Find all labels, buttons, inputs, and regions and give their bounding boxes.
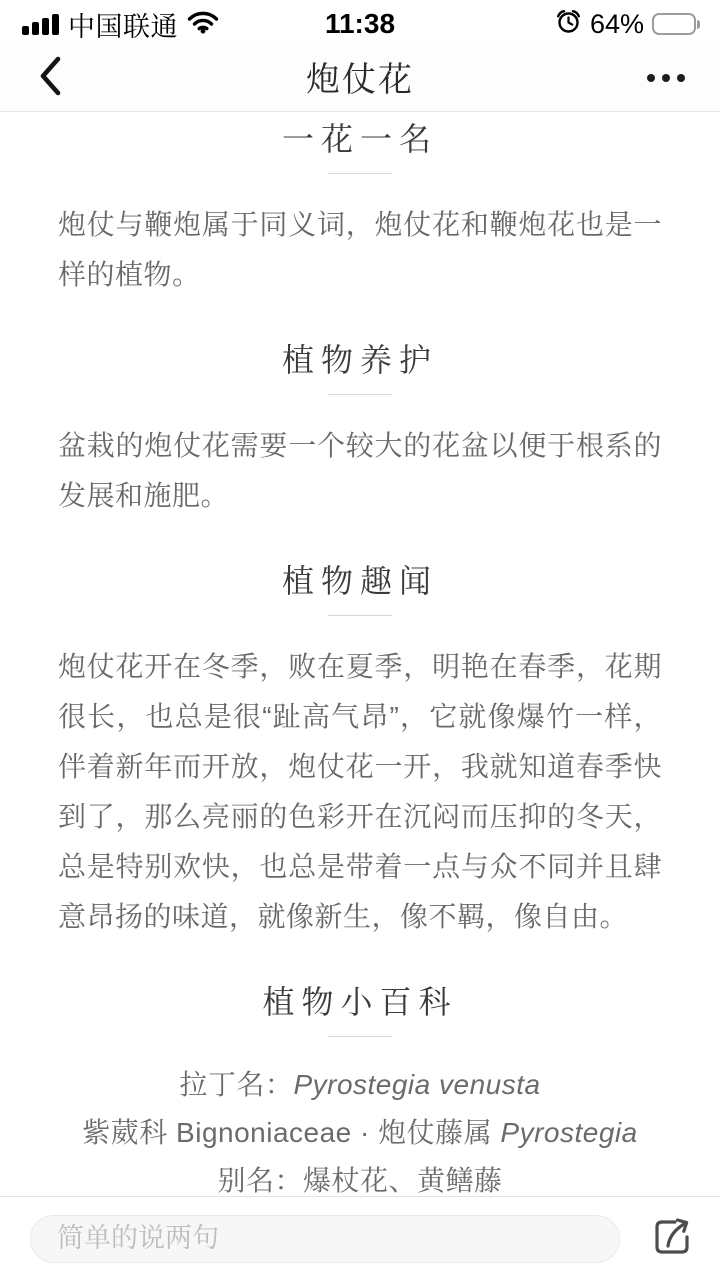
latin-name-line: 拉丁名：Pyrostegia venusta xyxy=(58,1061,662,1109)
page-title: 炮仗花 xyxy=(0,52,720,101)
heading-divider xyxy=(328,173,392,174)
family-line: 紫葳科 Bignoniaceae · 炮仗藤属 Pyrostegia xyxy=(58,1109,662,1157)
nav-bar: 炮仗花 xyxy=(0,42,720,112)
share-button[interactable] xyxy=(646,1214,698,1264)
section-heading-care: 植物养护 xyxy=(58,340,662,380)
heading-divider xyxy=(328,1036,392,1037)
comment-input[interactable] xyxy=(31,1216,619,1262)
latin-name-value: Pyrostegia venusta xyxy=(293,1069,540,1100)
heading-divider xyxy=(328,615,392,616)
section-paragraph: 盆栽的炮仗花需要一个较大的花盆以便于根系的发展和施肥。 xyxy=(58,421,662,521)
section-paragraph: 炮仗与鞭炮属于同义词，炮仗花和鞭炮花也是一样的植物。 xyxy=(58,200,662,300)
latin-name-label: 拉丁名： xyxy=(179,1069,293,1100)
heading-divider xyxy=(328,394,392,395)
family-text: 紫葳科 Bignoniaceae · 炮仗藤属 xyxy=(82,1117,500,1148)
comment-pill[interactable] xyxy=(30,1215,620,1263)
article-content: 一花一名 炮仗与鞭炮属于同义词，炮仗花和鞭炮花也是一样的植物。 植物养护 盆栽的… xyxy=(0,119,720,1205)
more-button[interactable] xyxy=(638,60,694,96)
status-bar: 中国联通 11:38 64% xyxy=(0,0,720,42)
section-heading-encyclopedia: 植物小百科 xyxy=(58,982,662,1022)
genus-value: Pyrostegia xyxy=(500,1117,637,1148)
share-icon xyxy=(647,1213,697,1264)
section-paragraph: 炮仗花开在冬季，败在夏季，明艳在春季，花期很长，也总是很“趾高气昂”，它就像爆竹… xyxy=(58,642,662,942)
clock-time: 11:38 xyxy=(0,8,720,40)
encyclopedia-block: 拉丁名：Pyrostegia venusta 紫葳科 Bignoniaceae … xyxy=(58,1061,662,1205)
section-heading-trivia: 植物趣闻 xyxy=(58,561,662,601)
ellipsis-icon xyxy=(647,74,685,82)
section-heading-name: 一花一名 xyxy=(58,119,662,159)
comment-bar xyxy=(0,1196,720,1280)
